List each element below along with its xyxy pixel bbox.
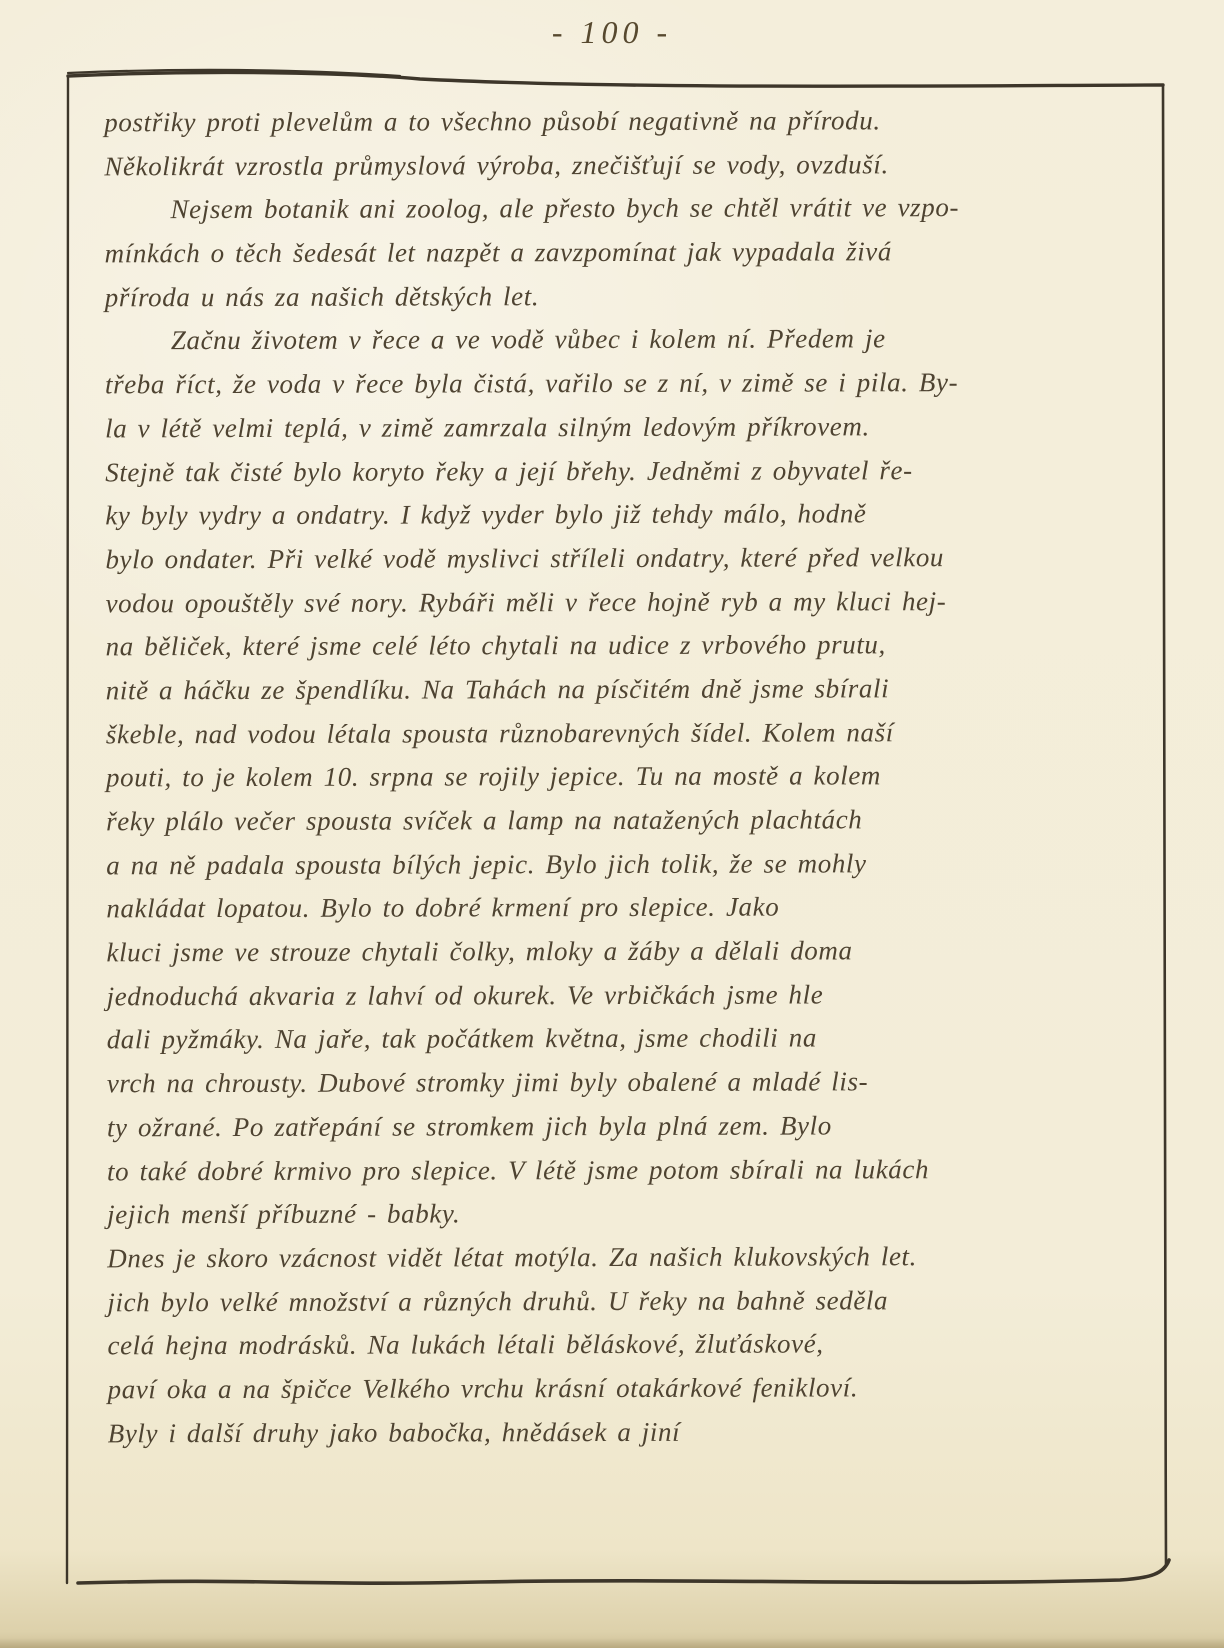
text-line: pouti, to je kolem 10. srpna se rojily j… bbox=[106, 754, 1126, 800]
text-line: jednoduchá akvaria z lahví od okurek. Ve… bbox=[107, 972, 1127, 1018]
text-line: postřiky proti plevelům a to všechno půs… bbox=[104, 99, 1124, 145]
text-line: nakládat lopatou. Bylo to dobré krmení p… bbox=[106, 885, 1126, 931]
text-line: třeba říct, že voda v řece byla čistá, v… bbox=[105, 361, 1125, 407]
text-line: jich bylo velké množství a různých druhů… bbox=[107, 1278, 1127, 1324]
text-line: to také dobré krmivo pro slepice. V létě… bbox=[107, 1147, 1127, 1193]
text-line: Několikrát vzrostla průmyslová výroba, z… bbox=[104, 142, 1124, 188]
text-line: příroda u nás za našich dětských let. bbox=[105, 273, 1125, 319]
text-line: řeky plálo večer spousta svíček a lamp n… bbox=[106, 798, 1126, 844]
text-line: paví oka a na špičce Velkého vrchu krásn… bbox=[108, 1366, 1128, 1412]
handwritten-text-block: postřiky proti plevelům a to všechno půs… bbox=[104, 99, 1128, 1456]
text-line: škeble, nad vodou létala spousta různoba… bbox=[106, 710, 1126, 756]
text-line: celá hejna modrásků. Na lukách létali bě… bbox=[107, 1322, 1127, 1368]
text-line: Nejsem botanik ani zoolog, ale přesto by… bbox=[104, 186, 1124, 232]
text-line: nitě a háčku ze špendlíku. Na Tahách na … bbox=[106, 667, 1126, 713]
page-number: - 100 - bbox=[0, 14, 1224, 51]
text-line: vodou opouštěly své nory. Rybáři měli v … bbox=[105, 579, 1125, 625]
text-line: jejich menší příbuzné - babky. bbox=[107, 1191, 1127, 1237]
text-line: vrch na chrousty. Dubové stromky jimi by… bbox=[107, 1060, 1127, 1106]
text-line: ky byly vydry a ondatry. I když vyder by… bbox=[105, 492, 1125, 538]
text-line: a na ně padala spousta bílých jepic. Byl… bbox=[106, 841, 1126, 887]
text-line: Stejně tak čisté bylo koryto řeky a její… bbox=[105, 448, 1125, 494]
text-line: bylo ondater. Při velké vodě myslivci st… bbox=[105, 536, 1125, 582]
text-line: dali pyžmáky. Na jaře, tak počátkem květ… bbox=[107, 1016, 1127, 1062]
text-line: Dnes je skoro vzácnost vidět létat motýl… bbox=[107, 1235, 1127, 1281]
text-line: Začnu životem v řece a ve vodě vůbec i k… bbox=[105, 317, 1125, 363]
text-line: mínkách o těch šedesát let nazpět a zavz… bbox=[105, 230, 1125, 276]
text-line: la v létě velmi teplá, v zimě zamrzala s… bbox=[105, 404, 1125, 450]
text-line: ty ožrané. Po zatřepání se stromkem jich… bbox=[107, 1103, 1127, 1149]
scanned-page: - 100 - postřiky proti plevelům a to vše… bbox=[0, 0, 1224, 1648]
text-line: kluci jsme ve strouze chytali čolky, mlo… bbox=[106, 929, 1126, 975]
page-bottom-edge bbox=[0, 1638, 1224, 1648]
text-line: Byly i další druhy jako babočka, hnědáse… bbox=[108, 1409, 1128, 1455]
text-line: na běliček, které jsme celé léto chytali… bbox=[106, 623, 1126, 669]
